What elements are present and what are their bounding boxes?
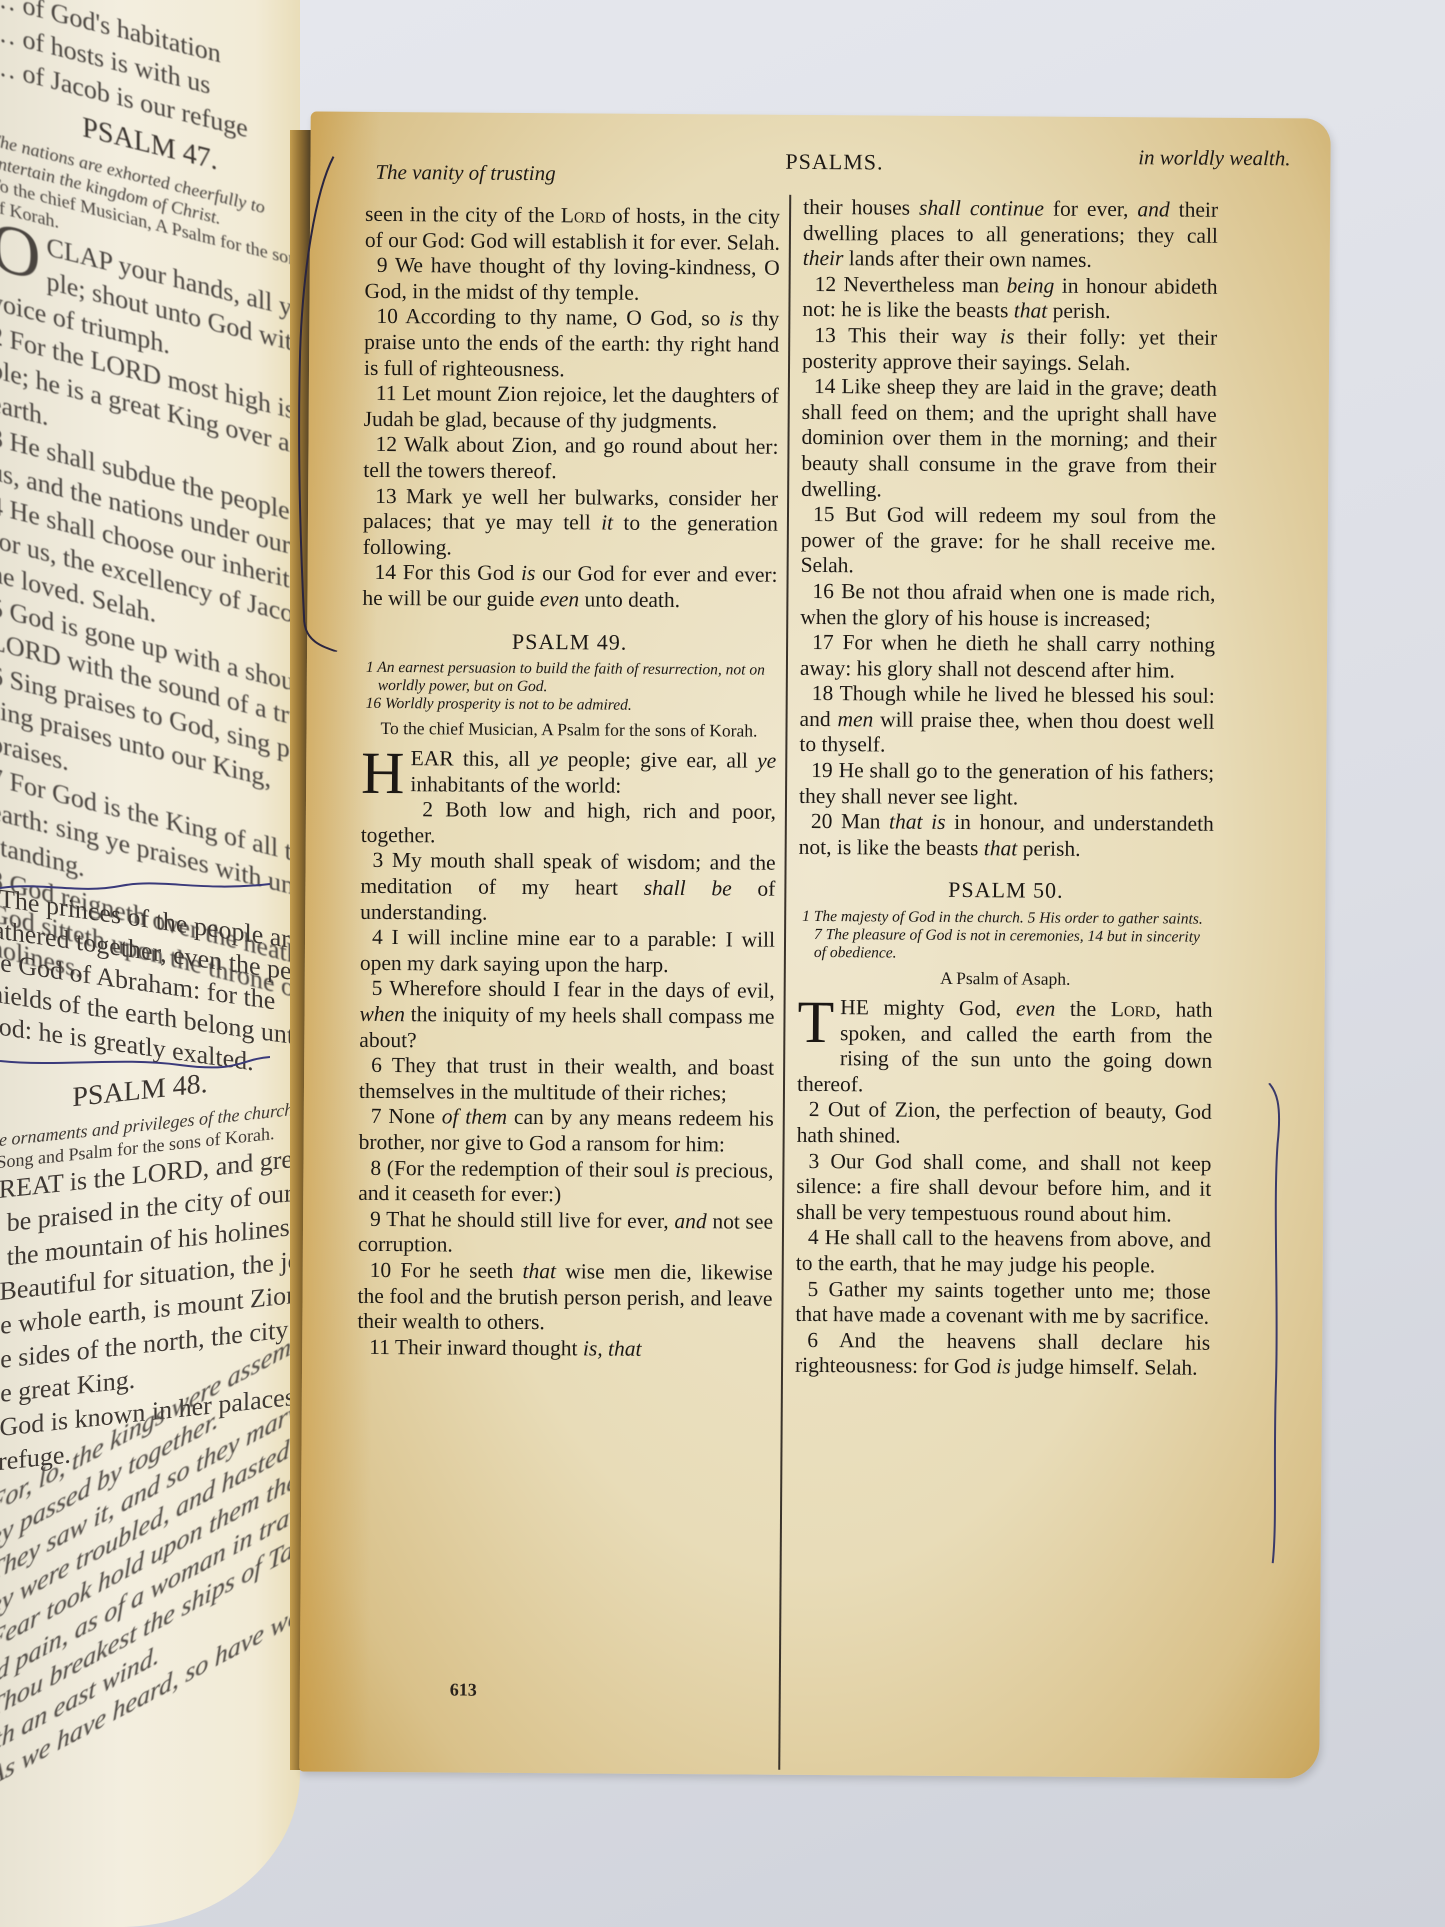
drop-cap: H: [361, 748, 405, 798]
psalm-summary-line: 16 Worldly prosperity is not to be admir…: [362, 695, 777, 716]
verse: HEAR this, all ye people; give ear, all …: [361, 746, 776, 800]
psalm-48-continued: seen in the city of the Lord of hosts, i…: [362, 202, 780, 614]
verse: 13 Mark ye well her bulwarks, consider h…: [363, 483, 779, 563]
header-right-topic: in worldly wealth.: [1138, 145, 1290, 171]
verse: 19 He shall go to the generation of his …: [799, 758, 1214, 812]
verse: 10 For he seeth that wise men die, likew…: [357, 1258, 773, 1338]
verse: 16 Be not thou afraid when one is made r…: [800, 579, 1215, 633]
verse: 12 Walk about Zion, and go round about h…: [363, 432, 778, 486]
verse: 4 He shall call to the heavens from abov…: [796, 1225, 1211, 1279]
drop-cap: T: [797, 997, 834, 1047]
verse: 6 And the heavens shall declare his righ…: [795, 1328, 1210, 1382]
verse: 2 Out of Zion, the perfection of beauty,…: [797, 1097, 1212, 1151]
verse: 2 Both low and high, rich and poor, toge…: [361, 797, 776, 851]
verse: 14 For this God is our God for ever and …: [362, 560, 777, 614]
verse: 6 They that trust in their wealth, and b…: [359, 1053, 774, 1107]
header-book-title: PSALMS.: [785, 149, 883, 176]
verse: 5 Wherefore should I fear in the days of…: [359, 976, 775, 1056]
psalm-49-verses: HEAR this, all ye people; give ear, all …: [357, 746, 776, 1363]
page-number: 613: [450, 1679, 477, 1700]
psalm-49-summary: 1 An earnest persuasion to build the fai…: [362, 659, 777, 716]
verse: 15 But God will redeem my soul from the …: [801, 502, 1217, 582]
verse: 4 I will incline mine ear to a parable: …: [360, 925, 775, 979]
verse: 14 Like sheep they are laid in the grave…: [801, 374, 1217, 505]
running-header: The vanity of trusting PSALMS. in worldl…: [370, 146, 1300, 192]
verse: seen in the city of the Lord of hosts, i…: [365, 202, 780, 256]
psalm-49-superscription: To the chief Musician, A Psalm for the s…: [361, 719, 776, 741]
verse: 3 My mouth shall speak of wisdom; and th…: [360, 848, 776, 928]
verse: 5 Gather my saints together unto me; tho…: [795, 1276, 1210, 1330]
verse: THE mighty God, even the Lord, hath spok…: [797, 995, 1213, 1100]
verse: 13 This their way is their folly: yet th…: [802, 323, 1217, 377]
right-column: their houses shall continue for ever, an…: [795, 195, 1218, 1382]
verse: 20 Man that is in honour, and understand…: [799, 809, 1214, 863]
column-divider: [778, 195, 790, 1770]
pen-bracket-mark-icon: [1261, 1083, 1304, 1563]
psalm-49-continued: their houses shall continue for ever, an…: [799, 195, 1219, 863]
left-column: seen in the city of the Lord of hosts, i…: [357, 202, 780, 1363]
verse: their houses shall continue for ever, an…: [803, 195, 1219, 275]
facing-page: … of God's habitation… of hosts is with …: [0, 0, 300, 1927]
psalm-49-title: PSALM 49.: [362, 627, 777, 655]
psalm-summary-line: 1 An earnest persuasion to build the fai…: [362, 659, 777, 698]
psalm-50-superscription: A Psalm of Asaph.: [798, 968, 1213, 990]
psalm-50-verses: THE mighty God, even the Lord, hath spok…: [795, 995, 1213, 1382]
psalm-50-summary: 1 The majesty of God in the church. 5 Hi…: [798, 908, 1213, 965]
verse: 7 None of them can by any means redeem h…: [359, 1104, 774, 1158]
bible-page: The vanity of trusting PSALMS. in worldl…: [299, 111, 1331, 1778]
verse: 17 For when he dieth he shall carry noth…: [800, 630, 1215, 684]
verse: 8 (For the redemption of their soul is p…: [358, 1155, 773, 1209]
psalm-summary-line: 1 The majesty of God in the church. 5 Hi…: [798, 908, 1213, 965]
verse: 10 According to thy name, O God, so is t…: [364, 304, 780, 384]
verse: 3 Our God shall come, and shall not keep…: [796, 1148, 1212, 1228]
verse: 18 Though while he lived he blessed his …: [799, 681, 1215, 761]
pen-underline-icon: [0, 880, 270, 896]
verse: 11 Their inward thought is, that: [357, 1335, 772, 1363]
header-left-topic: The vanity of trusting: [375, 160, 555, 186]
verse: 12 Nevertheless man being in honour abid…: [802, 272, 1217, 326]
verse: 9 That he should still live for ever, an…: [358, 1207, 773, 1261]
psalm-50-title: PSALM 50.: [798, 876, 1213, 904]
verse: 11 Let mount Zion rejoice, let the daugh…: [364, 381, 779, 435]
verse: 9 We have thought of thy loving-kindness…: [364, 253, 779, 307]
